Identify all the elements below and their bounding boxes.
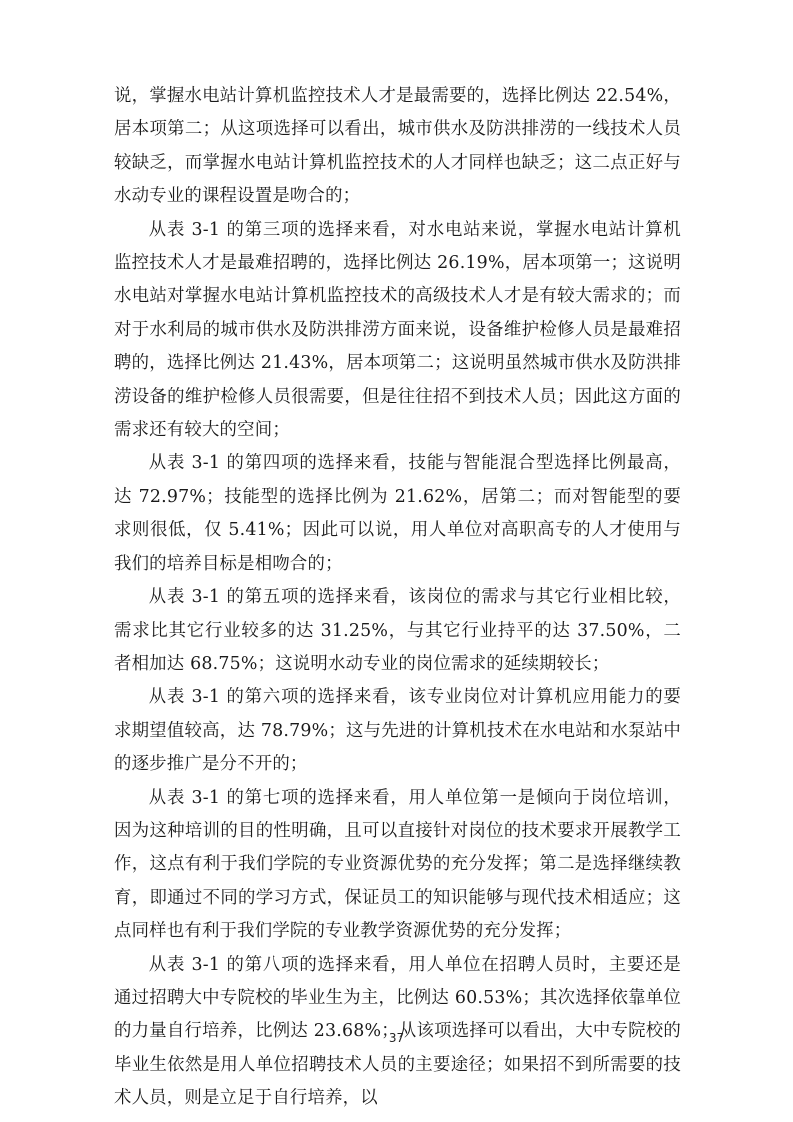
paragraph-continuation: 说，掌握水电站计算机监控技术人才是最需要的，选择比例达 22.54%，居本项第二… [114, 80, 681, 214]
paragraph-item-six: 从表 3-1 的第六项的选择来看，该专业岗位对计算机应用能力的要求期望值较高，达… [114, 681, 681, 781]
paragraph-item-five: 从表 3-1 的第五项的选择来看，该岗位的需求与其它行业相比较，需求比其它行业较… [114, 581, 681, 681]
body-text: 说，掌握水电站计算机监控技术人才是最需要的，选择比例达 22.54%，居本项第二… [114, 80, 681, 1116]
paragraph-item-three: 从表 3-1 的第三项的选择来看，对水电站来说，掌握水电站计算机监控技术人才是最… [114, 214, 681, 448]
paragraph-item-seven: 从表 3-1 的第七项的选择来看，用人单位第一是倾向于岗位培训，因为这种培训的目… [114, 782, 681, 949]
page-number: 37 [0, 1031, 793, 1045]
document-page: 说，掌握水电站计算机监控技术人才是最需要的，选择比例达 22.54%，居本项第二… [0, 0, 793, 1122]
paragraph-item-four: 从表 3-1 的第四项的选择来看，技能与智能混合型选择比例最高，达 72.97%… [114, 447, 681, 581]
